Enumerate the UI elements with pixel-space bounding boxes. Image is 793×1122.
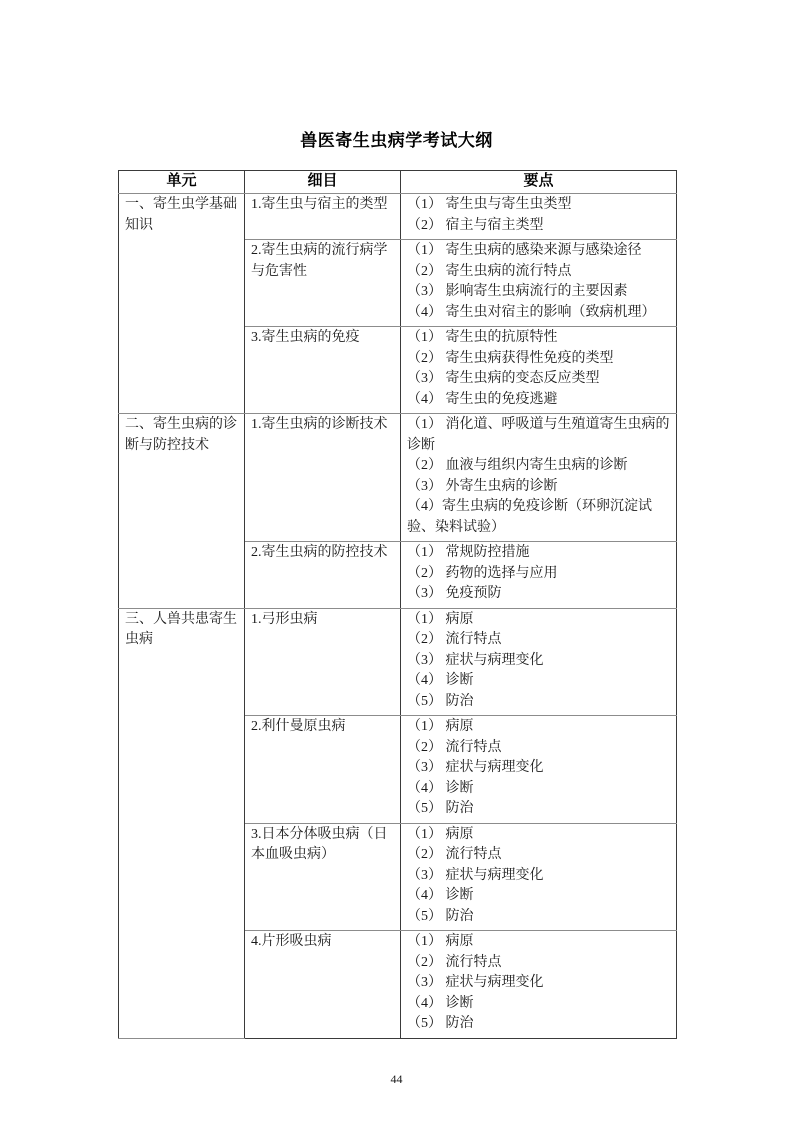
point-line: （3） 症状与病理变化	[407, 758, 672, 779]
point-line: （1） 常规防控措施	[407, 543, 672, 564]
points-cell: （1） 消化道、呼吸道与生殖道寄生虫病的诊断 （2） 血液与组织内寄生虫病的诊断…	[401, 414, 677, 542]
point-line: （5） 防治	[407, 907, 672, 928]
point-line: （1） 病原	[407, 825, 672, 846]
point-line: （1） 寄生虫与寄生虫类型	[407, 195, 672, 216]
page-title: 兽医寄生虫病学考试大纲	[0, 126, 793, 151]
points-cell: （1） 寄生虫与寄生虫类型 （2） 宿主与宿主类型	[401, 194, 677, 240]
point-line: （4） 诊断	[407, 994, 672, 1015]
point-line: （4） 寄生虫对宿主的影响（致病机理）	[407, 303, 672, 324]
point-line: （3） 症状与病理变化	[407, 973, 672, 994]
unit-cell: 三、人兽共患寄生虫病	[119, 608, 245, 1038]
unit-cell: 二、寄生虫病的诊断与防控技术	[119, 414, 245, 609]
point-line: （1） 病原	[407, 717, 672, 738]
point-line: （2） 血液与组织内寄生虫病的诊断	[407, 456, 672, 477]
syllabus-table: 单元 细目 要点 一、寄生虫学基础知识 1.寄生虫与宿主的类型 （1） 寄生虫与…	[118, 170, 677, 1039]
point-line: （2） 流行特点	[407, 630, 672, 651]
points-cell: （1） 常规防控措施 （2） 药物的选择与应用 （3） 免疫预防	[401, 542, 677, 609]
detail-cell: 1.寄生虫病的诊断技术	[245, 414, 401, 542]
point-line: （2） 寄生虫病获得性免疫的类型	[407, 349, 672, 370]
detail-cell: 2.寄生虫病的流行病学与危害性	[245, 240, 401, 327]
detail-cell: 4.片形吸虫病	[245, 931, 401, 1039]
table-header-row: 单元 细目 要点	[119, 171, 677, 194]
point-line: （2） 药物的选择与应用	[407, 564, 672, 585]
point-line: （3） 症状与病理变化	[407, 866, 672, 887]
document-page: 兽医寄生虫病学考试大纲 单元 细目 要点 一、寄生虫学基础知识 1.寄生虫与宿主…	[0, 0, 793, 1122]
column-header-unit: 单元	[119, 171, 245, 194]
column-header-detail: 细目	[245, 171, 401, 194]
unit-cell: 一、寄生虫学基础知识	[119, 194, 245, 414]
point-line: （4） 寄生虫的免疫逃避	[407, 390, 672, 411]
detail-cell: 1.寄生虫与宿主的类型	[245, 194, 401, 240]
point-line: （1） 寄生虫病的感染来源与感染途径	[407, 241, 672, 262]
point-line: （1） 病原	[407, 610, 672, 631]
point-line: （2） 流行特点	[407, 845, 672, 866]
table-row: 一、寄生虫学基础知识 1.寄生虫与宿主的类型 （1） 寄生虫与寄生虫类型 （2）…	[119, 194, 677, 240]
point-line: （5） 防治	[407, 692, 672, 713]
column-header-points: 要点	[401, 171, 677, 194]
point-line: （2） 宿主与宿主类型	[407, 216, 672, 237]
point-line: （1） 寄生虫的抗原特性	[407, 328, 672, 349]
points-cell: （1） 病原 （2） 流行特点 （3） 症状与病理变化 （4） 诊断 （5） 防…	[401, 931, 677, 1039]
table-row: 三、人兽共患寄生虫病 1.弓形虫病 （1） 病原 （2） 流行特点 （3） 症状…	[119, 608, 677, 716]
points-cell: （1） 病原 （2） 流行特点 （3） 症状与病理变化 （4） 诊断 （5） 防…	[401, 716, 677, 824]
point-line: （2） 寄生虫病的流行特点	[407, 262, 672, 283]
point-line: （2） 流行特点	[407, 738, 672, 759]
point-line: （1） 消化道、呼吸道与生殖道寄生虫病的诊断	[407, 415, 672, 456]
point-line: （2） 流行特点	[407, 953, 672, 974]
points-cell: （1） 病原 （2） 流行特点 （3） 症状与病理变化 （4） 诊断 （5） 防…	[401, 608, 677, 716]
point-line: （3） 症状与病理变化	[407, 651, 672, 672]
detail-cell: 2.寄生虫病的防控技术	[245, 542, 401, 609]
detail-cell: 3.寄生虫病的免疫	[245, 327, 401, 414]
points-cell: （1） 寄生虫的抗原特性 （2） 寄生虫病获得性免疫的类型 （3） 寄生虫病的变…	[401, 327, 677, 414]
points-cell: （1） 病原 （2） 流行特点 （3） 症状与病理变化 （4） 诊断 （5） 防…	[401, 823, 677, 931]
point-line: （4） 诊断	[407, 886, 672, 907]
page-number: 44	[0, 1072, 793, 1087]
point-line: （3） 影响寄生虫病流行的主要因素	[407, 282, 672, 303]
point-line: （1） 病原	[407, 932, 672, 953]
table-row: 二、寄生虫病的诊断与防控技术 1.寄生虫病的诊断技术 （1） 消化道、呼吸道与生…	[119, 414, 677, 542]
point-line: （3） 寄生虫病的变态反应类型	[407, 369, 672, 390]
point-line: （4） 诊断	[407, 779, 672, 800]
point-line: （3） 免疫预防	[407, 584, 672, 605]
detail-cell: 3.日本分体吸虫病（日本血吸虫病）	[245, 823, 401, 931]
point-line: （3） 外寄生虫病的诊断	[407, 477, 672, 498]
point-line: （4）寄生虫病的免疫诊断（环卵沉淀试验、染料试验）	[407, 497, 672, 538]
detail-cell: 1.弓形虫病	[245, 608, 401, 716]
point-line: （5） 防治	[407, 799, 672, 820]
point-line: （5） 防治	[407, 1014, 672, 1035]
points-cell: （1） 寄生虫病的感染来源与感染途径 （2） 寄生虫病的流行特点 （3） 影响寄…	[401, 240, 677, 327]
point-line: （4） 诊断	[407, 671, 672, 692]
detail-cell: 2.利什曼原虫病	[245, 716, 401, 824]
